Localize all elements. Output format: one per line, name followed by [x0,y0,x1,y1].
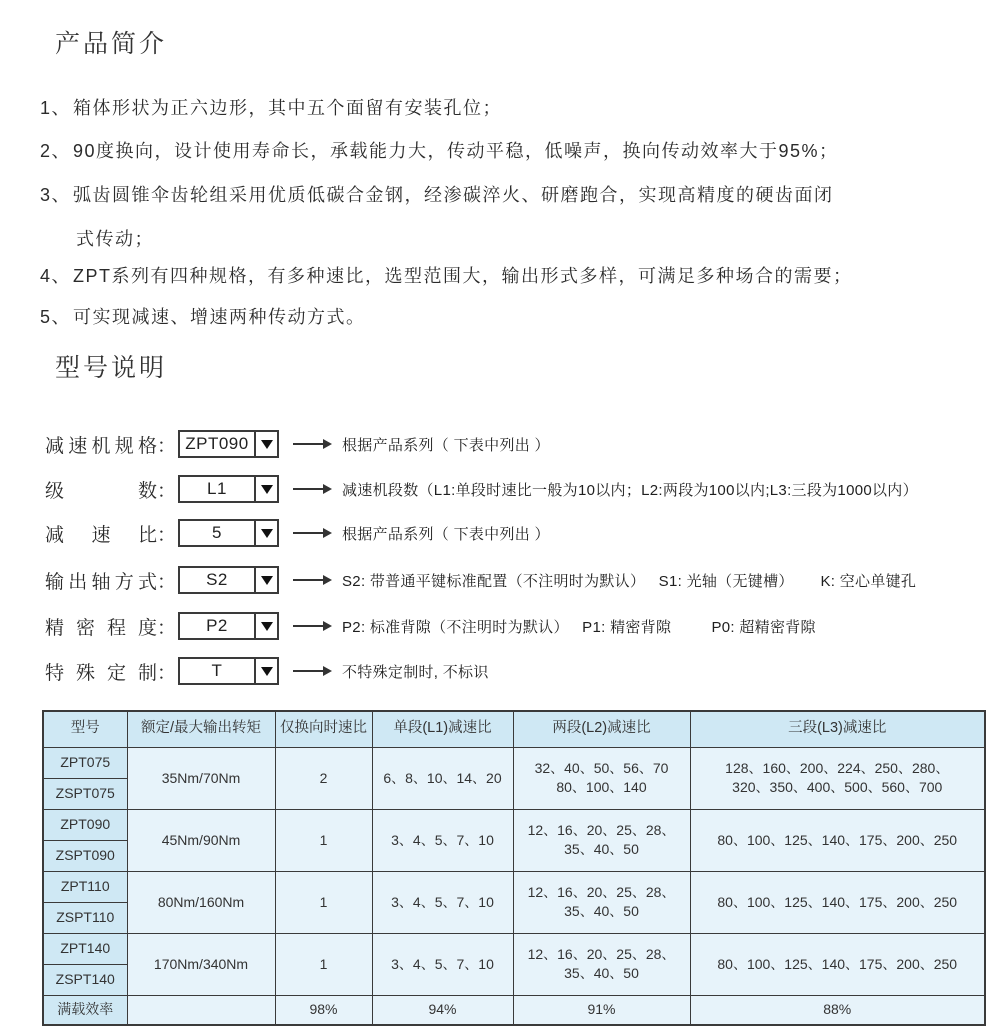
caret-down-icon [261,667,273,676]
intro-item-2: 2、90度换向，设计使用寿命长，承载能力大，传动平稳，低噪声，换向传动效率大于9… [40,137,839,163]
product-datasheet-page: 产品简介 1、箱体形状为正六边形，其中五个面留有安装孔位； 2、90度换向，设计… [0,0,1000,1036]
l1-ratio-cell: 3、4、5、7、10 [372,871,513,933]
model-cell: ZSPT075 [43,778,127,809]
arrow-connector-icon [293,484,332,494]
selector-row-custom: 特殊定制： T 不特殊定制时, 不标识 [45,657,489,685]
item-number: 1、 [40,98,71,118]
selector-row-stages: 级数： L1 减速机段数（L1:单段时速比一般为10以内；L2:两段为100以内… [45,475,918,503]
dropdown-value: P2 [180,614,254,638]
caret-down-icon [261,485,273,494]
item-text: 90度换向，设计使用寿命长，承载能力大，传动平稳，低噪声，换向传动效率大于95%… [73,141,839,161]
l2-ratio-cell: 32、40、50、56、70 80、100、140 [513,747,690,809]
dropdown-value: L1 [180,477,254,501]
model-cell: ZSPT090 [43,840,127,871]
section-title-model-explanation: 型号说明 [55,348,167,384]
output-shaft-dropdown[interactable]: S2 [178,566,279,594]
col-header-model: 型号 [43,711,127,747]
arrow-connector-icon [293,439,332,449]
efficiency-label-cell: 满载效率 [43,995,127,1025]
selector-label: 减速比： [45,520,178,547]
caret-down-icon [261,529,273,538]
section-title-product-intro: 产品简介 [55,24,167,60]
reverse-ratio-cell: 1 [275,871,372,933]
stages-dropdown[interactable]: L1 [178,475,279,503]
table-row: ZPT075 35Nm/70Nm 2 6、8、10、14、20 32、40、50… [43,747,985,778]
col-header-l2: 两段(L2)减速比 [513,711,690,747]
l1-ratio-cell: 3、4、5、7、10 [372,809,513,871]
l3-ratio-cell: 80、100、125、140、175、200、250 [690,871,985,933]
efficiency-row: 满载效率 98% 94% 91% 88% [43,995,985,1025]
arrow-connector-icon [293,528,332,538]
model-cell: ZPT110 [43,871,127,902]
model-cell: ZSPT110 [43,902,127,933]
selector-label: 精密程度： [45,613,178,640]
intro-item-3-continued: 式传动； [76,225,154,251]
dropdown-caret-icon[interactable] [254,568,277,592]
dropdown-caret-icon[interactable] [254,521,277,545]
intro-item-1: 1、箱体形状为正六边形，其中五个面留有安装孔位； [40,94,502,120]
l2-ratio-cell: 12、16、20、25、28、 35、40、50 [513,809,690,871]
col-header-l1: 单段(L1)减速比 [372,711,513,747]
selector-row-precision: 精密程度： P2 P2: 标准背隙（不注明时为默认） P1: 精密背隙 P0: … [45,612,816,640]
dropdown-value: T [180,659,254,683]
selector-description: 不特殊定制时, 不标识 [342,661,489,682]
col-header-torque: 额定/最大输出转矩 [127,711,275,747]
table-row: ZPT110 80Nm/160Nm 1 3、4、5、7、10 12、16、20、… [43,871,985,902]
torque-cell: 35Nm/70Nm [127,747,275,809]
selector-label: 输出轴方式： [45,567,178,594]
table-row: ZPT140 170Nm/340Nm 1 3、4、5、7、10 12、16、20… [43,933,985,964]
arrow-connector-icon [293,621,332,631]
torque-cell: 80Nm/160Nm [127,871,275,933]
efficiency-value-cell: 91% [513,995,690,1025]
reverse-ratio-cell: 1 [275,933,372,995]
dropdown-caret-icon[interactable] [254,659,277,683]
model-cell: ZPT075 [43,747,127,778]
torque-cell: 170Nm/340Nm [127,933,275,995]
precision-dropdown[interactable]: P2 [178,612,279,640]
intro-item-4: 4、ZPT系列有四种规格，有多种速比，选型范围大，输出形式多样，可满足多种场合的… [40,262,853,288]
efficiency-value-cell: 98% [275,995,372,1025]
efficiency-empty-cell [127,995,275,1025]
caret-down-icon [261,576,273,585]
selector-description: S2: 带普通平键标准配置（不注明时为默认） S1: 光轴（无键槽） K: 空心… [342,570,916,591]
dropdown-caret-icon[interactable] [254,614,277,638]
model-cell: ZSPT140 [43,964,127,995]
dropdown-caret-icon[interactable] [254,432,277,456]
caret-down-icon [261,622,273,631]
dropdown-value: ZPT090 [180,432,254,456]
dropdown-value: 5 [180,521,254,545]
item-text: 箱体形状为正六边形，其中五个面留有安装孔位； [73,98,502,118]
item-number: 2、 [40,141,71,161]
selector-label: 级数： [45,476,178,503]
item-number: 5、 [40,307,71,327]
dropdown-value: S2 [180,568,254,592]
intro-item-3: 3、弧齿圆锥伞齿轮组采用优质低碳合金钢，经渗碳淬火、研磨跑合，实现高精度的硬齿面… [40,181,834,207]
selector-description: 根据产品系列（ 下表中列出 ） [342,434,550,455]
item-number: 4、 [40,266,71,286]
arrow-connector-icon [293,575,332,585]
item-text: 可实现减速、增速两种传动方式。 [73,307,366,327]
col-header-l3: 三段(L3)减速比 [690,711,985,747]
l2-ratio-cell: 12、16、20、25、28、 35、40、50 [513,933,690,995]
item-text: 弧齿圆锥伞齿轮组采用优质低碳合金钢，经渗碳淬火、研磨跑合，实现高精度的硬齿面闭 [73,185,834,205]
col-header-reverse-ratio: 仅换向时速比 [275,711,372,747]
item-text: ZPT系列有四种规格，有多种速比，选型范围大，输出形式多样，可满足多种场合的需要… [73,266,853,286]
efficiency-value-cell: 94% [372,995,513,1025]
arrow-connector-icon [293,666,332,676]
model-cell: ZPT090 [43,809,127,840]
l3-ratio-cell: 80、100、125、140、175、200、250 [690,809,985,871]
efficiency-value-cell: 88% [690,995,985,1025]
ratio-dropdown[interactable]: 5 [178,519,279,547]
table-header-row: 型号 额定/最大输出转矩 仅换向时速比 单段(L1)减速比 两段(L2)减速比 … [43,711,985,747]
custom-dropdown[interactable]: T [178,657,279,685]
selector-description: 减速机段数（L1:单段时速比一般为10以内；L2:两段为100以内;L3:三段为… [342,479,918,500]
spec-table: 型号 额定/最大输出转矩 仅换向时速比 单段(L1)减速比 两段(L2)减速比 … [42,710,986,1026]
spec-dropdown[interactable]: ZPT090 [178,430,279,458]
torque-cell: 45Nm/90Nm [127,809,275,871]
selector-label: 特殊定制： [45,658,178,685]
selector-row-output-shaft: 输出轴方式： S2 S2: 带普通平键标准配置（不注明时为默认） S1: 光轴（… [45,566,916,594]
dropdown-caret-icon[interactable] [254,477,277,501]
reverse-ratio-cell: 1 [275,809,372,871]
l3-ratio-cell: 128、160、200、224、250、280、 320、350、400、500… [690,747,985,809]
model-cell: ZPT140 [43,933,127,964]
selector-description: P2: 标准背隙（不注明时为默认） P1: 精密背隙 P0: 超精密背隙 [342,616,816,637]
selector-row-ratio: 减速比： 5 根据产品系列（ 下表中列出 ） [45,519,550,547]
item-number: 3、 [40,185,71,205]
l2-ratio-cell: 12、16、20、25、28、 35、40、50 [513,871,690,933]
reverse-ratio-cell: 2 [275,747,372,809]
l1-ratio-cell: 3、4、5、7、10 [372,933,513,995]
intro-item-5: 5、可实现减速、增速两种传动方式。 [40,303,366,329]
caret-down-icon [261,440,273,449]
selector-row-spec: 减速机规格： ZPT090 根据产品系列（ 下表中列出 ） [45,430,550,458]
table-row: ZPT090 45Nm/90Nm 1 3、4、5、7、10 12、16、20、2… [43,809,985,840]
l1-ratio-cell: 6、8、10、14、20 [372,747,513,809]
selector-description: 根据产品系列（ 下表中列出 ） [342,523,550,544]
selector-label: 减速机规格： [45,431,178,458]
l3-ratio-cell: 80、100、125、140、175、200、250 [690,933,985,995]
